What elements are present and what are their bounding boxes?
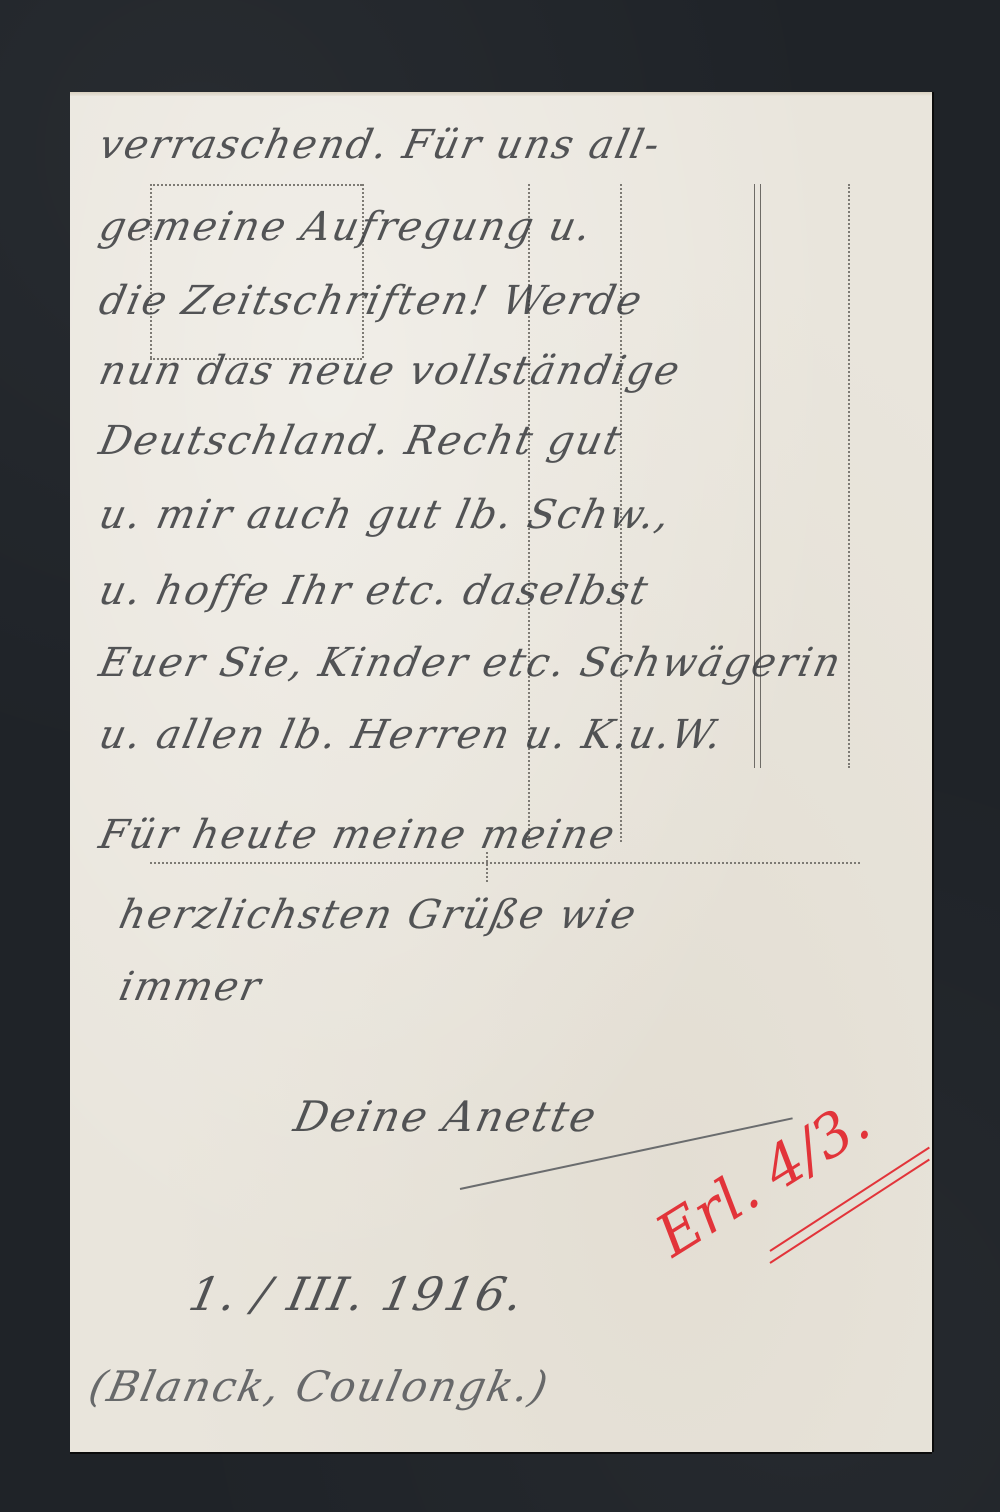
text-line-7: u. hoffe Ihr etc. daselbst [95, 568, 653, 614]
signature: Deine Anette [290, 1092, 602, 1141]
text-line-9: u. allen lb. Herren u. K.u.W. [95, 712, 727, 758]
text-line-11: herzlichsten Grüße wie [115, 892, 642, 938]
text-line-6: u. mir auch gut lb. Schw., [95, 492, 675, 538]
text-line-1: verraschend. Für uns all- [95, 122, 665, 168]
stamp-box-top [150, 184, 362, 186]
text-line-3: die Zeitschriften! Werde [95, 278, 648, 324]
text-line-8: Euer Sie, Kinder etc. Schwägerin [95, 640, 846, 686]
text-line-2: gemeine Aufregung u. [95, 204, 597, 250]
address-line [150, 862, 860, 864]
sender-note: (Blanck, Coulongk.) [85, 1362, 554, 1411]
text-line-5: Deutschland. Recht gut [95, 418, 627, 464]
postcard: verraschend. Für uns all- gemeine Aufreg… [70, 92, 932, 1452]
date: 1. / III. 1916. [184, 1267, 530, 1321]
text-line-12: immer [115, 964, 266, 1010]
text-line-10: Für heute meine meine [95, 812, 620, 858]
card-top-edge [70, 92, 932, 96]
red-annotation: Erl. 4/3. [644, 1087, 881, 1270]
divider-line-4 [848, 184, 850, 768]
text-line-4: nun das neue vollständige [95, 348, 685, 394]
